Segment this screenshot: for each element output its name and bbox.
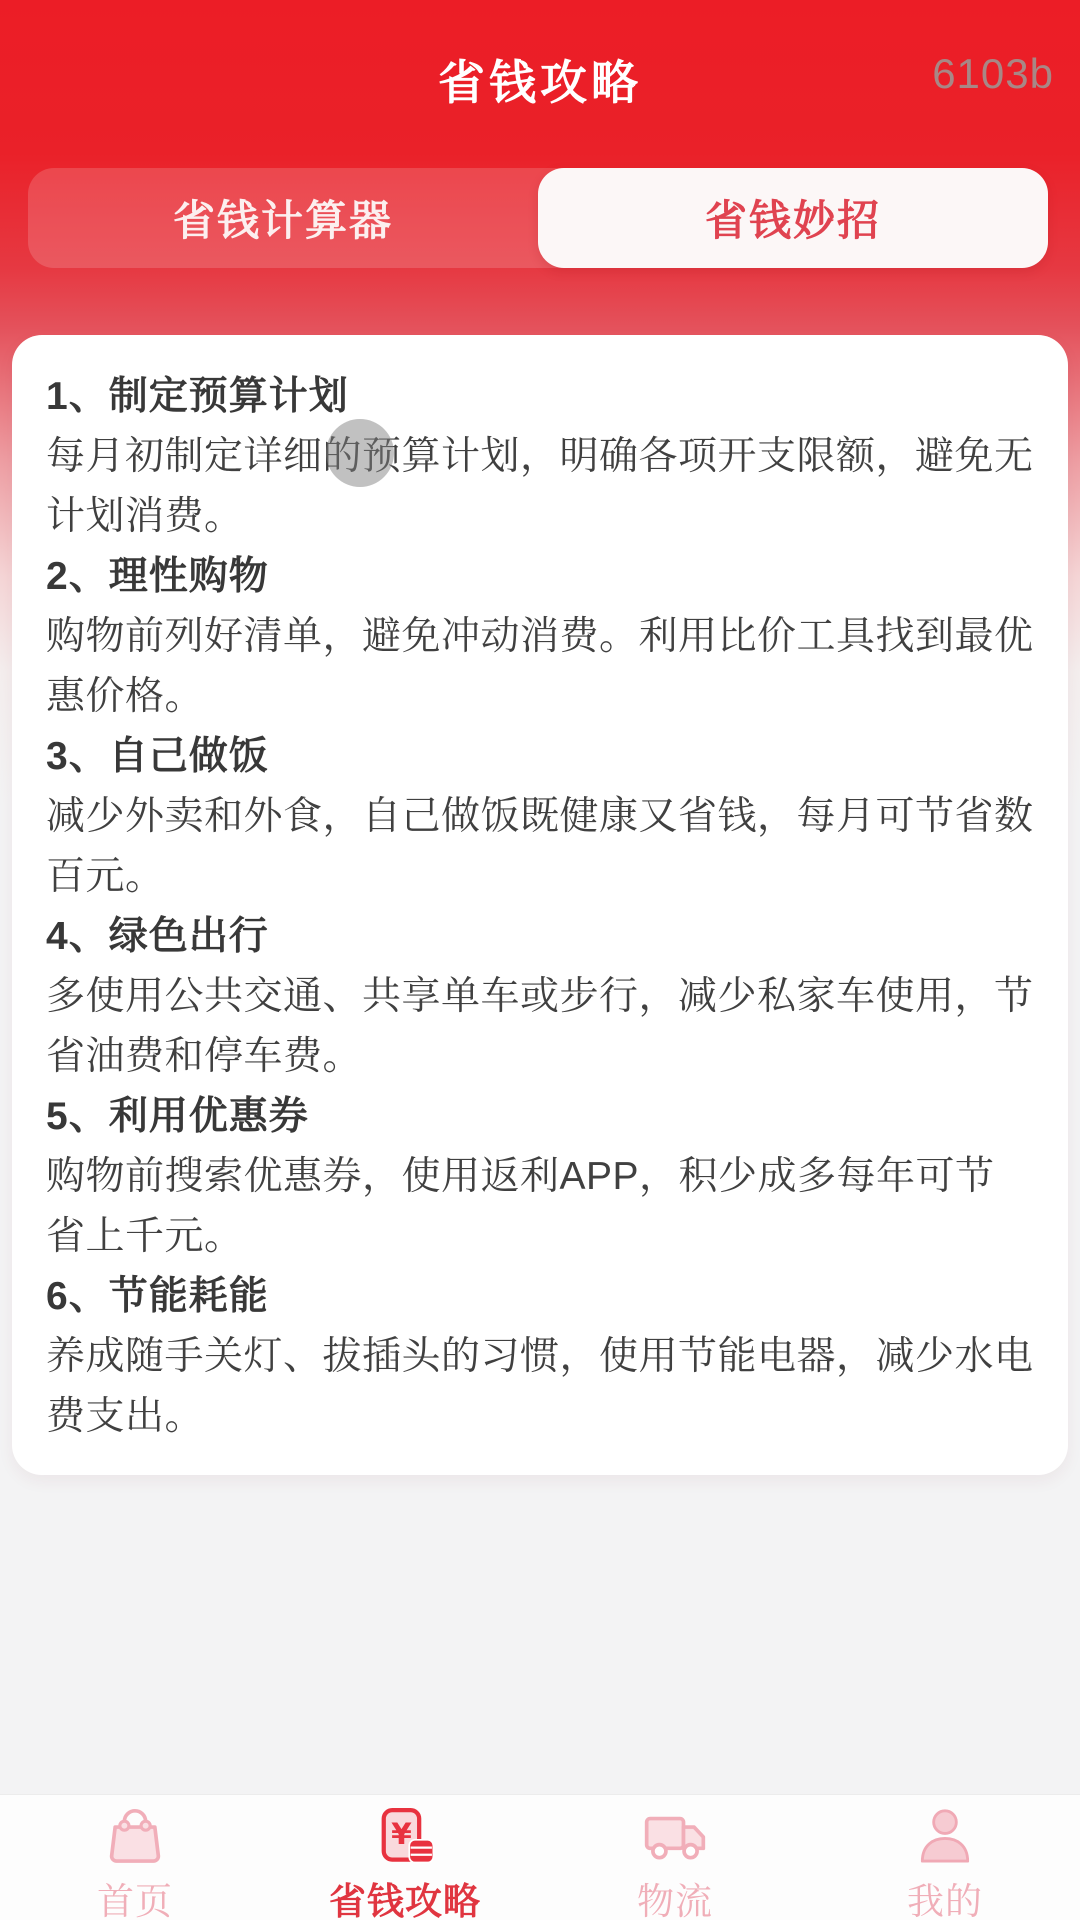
nav-label-savings-guide: 省钱攻略 xyxy=(329,1871,481,1920)
app-screen: 省钱攻略 6103b 省钱计算器 省钱妙招 1、制定预算计划 每月初制定详细的预… xyxy=(0,0,1080,1920)
tip-item-3: 3、自己做饭 减少外卖和外食，自己做饭既健康又省钱，每月可节省数百元。 xyxy=(46,727,1034,907)
tip-heading: 4、绿色出行 xyxy=(46,907,1034,967)
nav-item-home[interactable]: 首页 xyxy=(0,1795,270,1920)
tip-body: 购物前列好清单，避免冲动消费。利用比价工具找到最优惠价格。 xyxy=(46,607,1034,727)
tip-body: 每月初制定详细的预算计划，明确各项开支限额，避免无计划消费。 xyxy=(46,427,1034,547)
tab-savings-tips[interactable]: 省钱妙招 xyxy=(538,168,1048,268)
nav-item-savings-guide[interactable]: ¥ 省钱攻略 xyxy=(270,1795,540,1920)
nav-label-logistics: 物流 xyxy=(637,1871,713,1920)
bottom-navigation: 首页 ¥ 省钱攻略 xyxy=(0,1794,1080,1920)
tip-heading: 2、理性购物 xyxy=(46,547,1034,607)
watermark-code: 6103b xyxy=(932,50,1054,98)
tab-bar: 省钱计算器 省钱妙招 xyxy=(28,168,1048,268)
page-title: 省钱攻略 xyxy=(0,46,1080,113)
tip-item-1: 1、制定预算计划 每月初制定详细的预算计划，明确各项开支限额，避免无计划消费。 xyxy=(46,367,1034,547)
tab-savings-calculator[interactable]: 省钱计算器 xyxy=(28,168,538,268)
tip-item-5: 5、利用优惠券 购物前搜索优惠券，使用返利APP，积少成多每年可节省上千元。 xyxy=(46,1087,1034,1267)
tip-heading: 1、制定预算计划 xyxy=(46,367,1034,427)
nav-label-profile: 我的 xyxy=(907,1871,983,1920)
shopping-bag-icon xyxy=(101,1803,169,1871)
nav-item-profile[interactable]: 我的 xyxy=(810,1795,1080,1920)
tip-item-6: 6、节能耗能 养成随手关灯、拔插头的习惯，使用节能电器，减少水电费支出。 xyxy=(46,1267,1034,1447)
tip-body: 多使用公共交通、共享单车或步行，减少私家车使用，节省油费和停车费。 xyxy=(46,967,1034,1087)
tip-body: 养成随手关灯、拔插头的习惯，使用节能电器，减少水电费支出。 xyxy=(46,1327,1034,1447)
tip-body: 购物前搜索优惠券，使用返利APP，积少成多每年可节省上千元。 xyxy=(46,1147,1034,1267)
tip-heading: 5、利用优惠券 xyxy=(46,1087,1034,1147)
user-icon xyxy=(911,1803,979,1871)
tips-card: 1、制定预算计划 每月初制定详细的预算计划，明确各项开支限额，避免无计划消费。 … xyxy=(12,335,1068,1475)
money-guide-icon: ¥ xyxy=(371,1803,439,1871)
tip-item-4: 4、绿色出行 多使用公共交通、共享单车或步行，减少私家车使用，节省油费和停车费。 xyxy=(46,907,1034,1087)
nav-label-home: 首页 xyxy=(97,1871,173,1920)
tip-item-2: 2、理性购物 购物前列好清单，避免冲动消费。利用比价工具找到最优惠价格。 xyxy=(46,547,1034,727)
tip-heading: 6、节能耗能 xyxy=(46,1267,1034,1327)
tip-heading: 3、自己做饭 xyxy=(46,727,1034,787)
tip-body: 减少外卖和外食，自己做饭既健康又省钱，每月可节省数百元。 xyxy=(46,787,1034,907)
nav-item-logistics[interactable]: 物流 xyxy=(540,1795,810,1920)
truck-icon xyxy=(641,1803,709,1871)
